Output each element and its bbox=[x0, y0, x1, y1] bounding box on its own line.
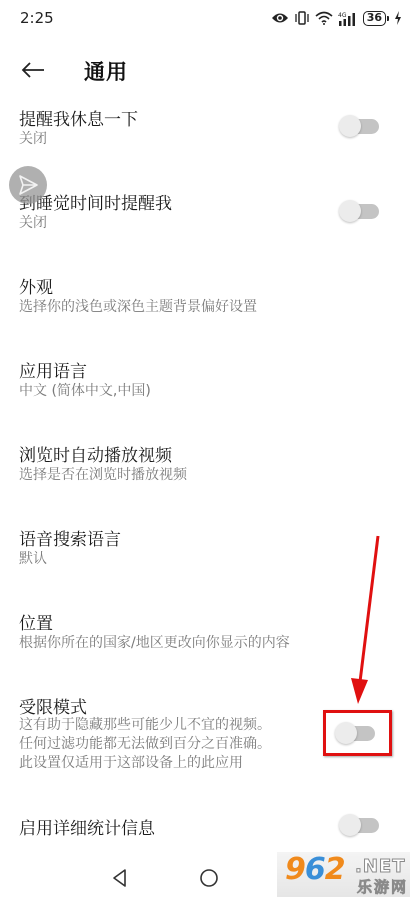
back-button[interactable] bbox=[18, 56, 48, 84]
4g-signal-icon: 4G bbox=[338, 11, 358, 26]
status-icons: 4G 36 bbox=[271, 10, 402, 26]
setting-detailed-stats[interactable]: 启用详细统计信息 bbox=[0, 804, 416, 844]
detailed-stats-toggle[interactable] bbox=[339, 814, 381, 836]
toggle-thumb bbox=[339, 200, 361, 222]
setting-title: 位置 bbox=[19, 609, 53, 634]
app-bar: 通用 bbox=[0, 48, 416, 92]
setting-subtitle: 默认 bbox=[19, 550, 47, 569]
setting-title: 浏览时自动播放视频 bbox=[19, 441, 172, 466]
circle-home-icon bbox=[197, 866, 221, 890]
nav-home-button[interactable] bbox=[197, 866, 221, 890]
send-icon bbox=[17, 174, 39, 196]
setting-title: 启用详细统计信息 bbox=[19, 814, 155, 839]
arrow-left-icon bbox=[21, 61, 45, 79]
setting-break-reminder[interactable]: 提醒我休息一下 关闭 bbox=[0, 102, 416, 162]
setting-subtitle: 根据你所在的国家/地区更改向你显示的内容 bbox=[19, 634, 290, 653]
setting-subtitle: 关闭 bbox=[19, 214, 47, 233]
setting-subtitle-line-1: 这有助于隐藏那些可能少儿不宜的视频。 bbox=[19, 716, 271, 735]
setting-location[interactable]: 位置 根据你所在的国家/地区更改向你显示的内容 bbox=[0, 606, 416, 666]
page-title: 通用 bbox=[84, 56, 128, 86]
setting-title: 提醒我休息一下 bbox=[19, 105, 138, 130]
setting-bedtime-reminder[interactable]: 到睡觉时间时提醒我 关闭 bbox=[0, 186, 416, 246]
watermark-suffix: .NET bbox=[355, 856, 405, 877]
floating-send-button[interactable] bbox=[9, 166, 47, 204]
setting-subtitle: 关闭 bbox=[19, 130, 47, 149]
setting-restricted-mode[interactable]: 受限模式 这有助于隐藏那些可能少儿不宜的视频。 任何过滤功能都无法做到百分之百准… bbox=[0, 690, 416, 776]
eye-comfort-icon bbox=[271, 11, 289, 25]
charging-icon bbox=[394, 11, 402, 25]
network-label: 4G bbox=[338, 12, 347, 19]
toggle-thumb bbox=[339, 814, 361, 836]
setting-subtitle: 选择你的浅色或深色主题背景偏好设置 bbox=[19, 298, 257, 317]
status-time: 2:25 bbox=[20, 9, 54, 27]
nav-back-button[interactable] bbox=[108, 866, 132, 890]
watermark-chinese: 乐游网 bbox=[357, 876, 408, 897]
setting-subtitle: 选择是否在浏览时播放视频 bbox=[19, 466, 187, 485]
status-bar: 2:25 4G 36 bbox=[0, 0, 416, 40]
setting-title: 语音搜索语言 bbox=[19, 525, 121, 550]
battery-level: 36 bbox=[363, 11, 386, 26]
setting-app-language[interactable]: 应用语言 中文 (简体中文,中国) bbox=[0, 354, 416, 414]
setting-title: 应用语言 bbox=[19, 357, 87, 382]
setting-appearance[interactable]: 外观 选择你的浅色或深色主题背景偏好设置 bbox=[0, 270, 416, 330]
battery-icon: 36 bbox=[363, 11, 389, 26]
watermark-logo: 962 .NET 乐游网 bbox=[277, 852, 410, 897]
break-reminder-toggle[interactable] bbox=[339, 115, 381, 137]
watermark-digits: 962 bbox=[285, 852, 345, 887]
toggle-thumb bbox=[335, 722, 357, 744]
toggle-thumb bbox=[339, 115, 361, 137]
setting-subtitle-line-2: 任何过滤功能都无法做到百分之百准确。 bbox=[19, 735, 271, 754]
setting-voice-search-language[interactable]: 语音搜索语言 默认 bbox=[0, 522, 416, 582]
setting-title: 外观 bbox=[19, 273, 53, 298]
vibrate-icon bbox=[294, 11, 310, 25]
setting-title: 受限模式 bbox=[19, 693, 87, 718]
wifi-icon bbox=[315, 11, 333, 25]
setting-subtitle-line-3: 此设置仅适用于这部设备上的此应用 bbox=[19, 754, 243, 773]
setting-subtitle: 中文 (简体中文,中国) bbox=[19, 382, 151, 401]
triangle-back-icon bbox=[108, 866, 132, 890]
setting-autoplay[interactable]: 浏览时自动播放视频 选择是否在浏览时播放视频 bbox=[0, 438, 416, 498]
restricted-mode-toggle[interactable] bbox=[335, 722, 377, 744]
bedtime-reminder-toggle[interactable] bbox=[339, 200, 381, 222]
